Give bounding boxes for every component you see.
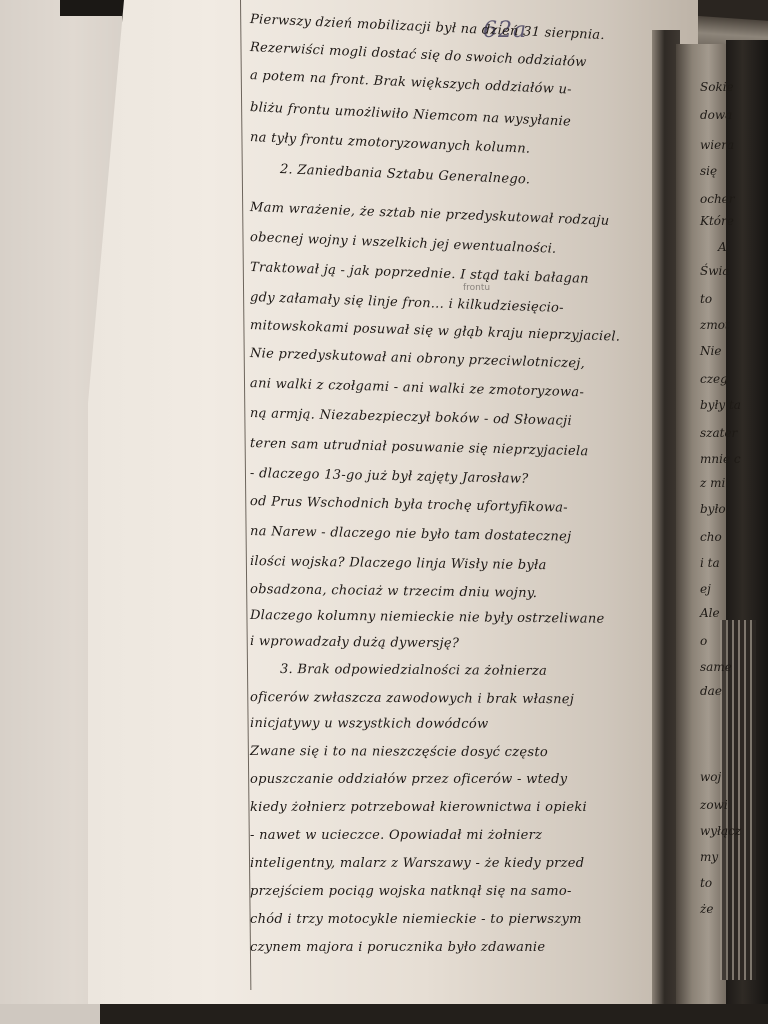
bottom-shadow	[0, 1004, 768, 1024]
text-fragment: Ale	[700, 606, 720, 620]
text-fragment: dowa	[700, 108, 732, 122]
text-line: inteligentny, malarz z Warszawy - że kie…	[250, 856, 584, 871]
text-fragment: zowi	[700, 798, 728, 812]
text-fragment: same	[700, 660, 732, 674]
text-fragment: to	[700, 876, 712, 890]
text-line: kiedy żołnierz potrzebował kierownictwa …	[250, 800, 587, 815]
text-fragment: i ta	[700, 556, 720, 570]
section-heading: 3. Brak odpowiedzialności za żołnierza	[280, 662, 547, 679]
text-line: - nawet w ucieczce. Opowiadał mi żołnier…	[250, 828, 542, 843]
text-line: przejściem pociąg wojska natknął się na …	[250, 884, 572, 899]
text-fragment: my	[700, 850, 718, 864]
text-fragment: mnie c	[700, 452, 741, 466]
text-line: inicjatywy u wszystkich dowódców	[250, 716, 488, 732]
pencil-annotation: frontu	[463, 283, 490, 293]
manuscript-scene: 62a frontu Pierwszy dzień mobilizacji by…	[0, 0, 768, 1024]
text-fragment: to	[700, 292, 712, 306]
text-fragment: Które	[700, 214, 734, 228]
text-fragment: ocher	[700, 192, 735, 206]
bottom-left-page	[0, 1004, 100, 1024]
text-line: chód i trzy motocykle niemieckie - to pi…	[250, 912, 582, 927]
text-fragment: było	[700, 502, 726, 516]
text-fragment: że	[700, 902, 713, 916]
text-fragment: szater	[700, 426, 737, 440]
text-line: oficerów zwłaszcza zawodowych i brak wła…	[250, 690, 574, 707]
text-fragment: ej	[700, 582, 711, 596]
text-fragment: A	[718, 240, 727, 254]
text-line: Zwane się i to na nieszczęście dosyć czę…	[250, 744, 548, 760]
text-fragment: były ta	[700, 398, 741, 412]
text-line: opuszczanie oddziałów przez oficerów - w…	[250, 772, 567, 787]
text-fragment: dae	[700, 684, 722, 698]
text-fragment: Sokie	[700, 80, 734, 94]
text-fragment: zmot	[700, 318, 730, 332]
text-fragment: z mi	[700, 476, 725, 490]
background-corner	[60, 0, 130, 16]
text-fragment: czeg	[700, 372, 728, 386]
text-fragment: wyłącz	[700, 824, 741, 838]
text-fragment: wiera	[700, 138, 734, 152]
text-fragment: Świa	[700, 264, 729, 278]
text-fragment: się	[700, 164, 717, 178]
text-fragment: cho	[700, 530, 722, 544]
text-fragment: woj	[700, 770, 721, 784]
text-line: i wprowadzały dużą dywersję?	[250, 634, 459, 651]
text-fragment: o	[700, 634, 707, 648]
text-line: czynem majora i porucznika było zdawanie	[250, 940, 545, 955]
text-fragment: Nie	[700, 344, 721, 358]
